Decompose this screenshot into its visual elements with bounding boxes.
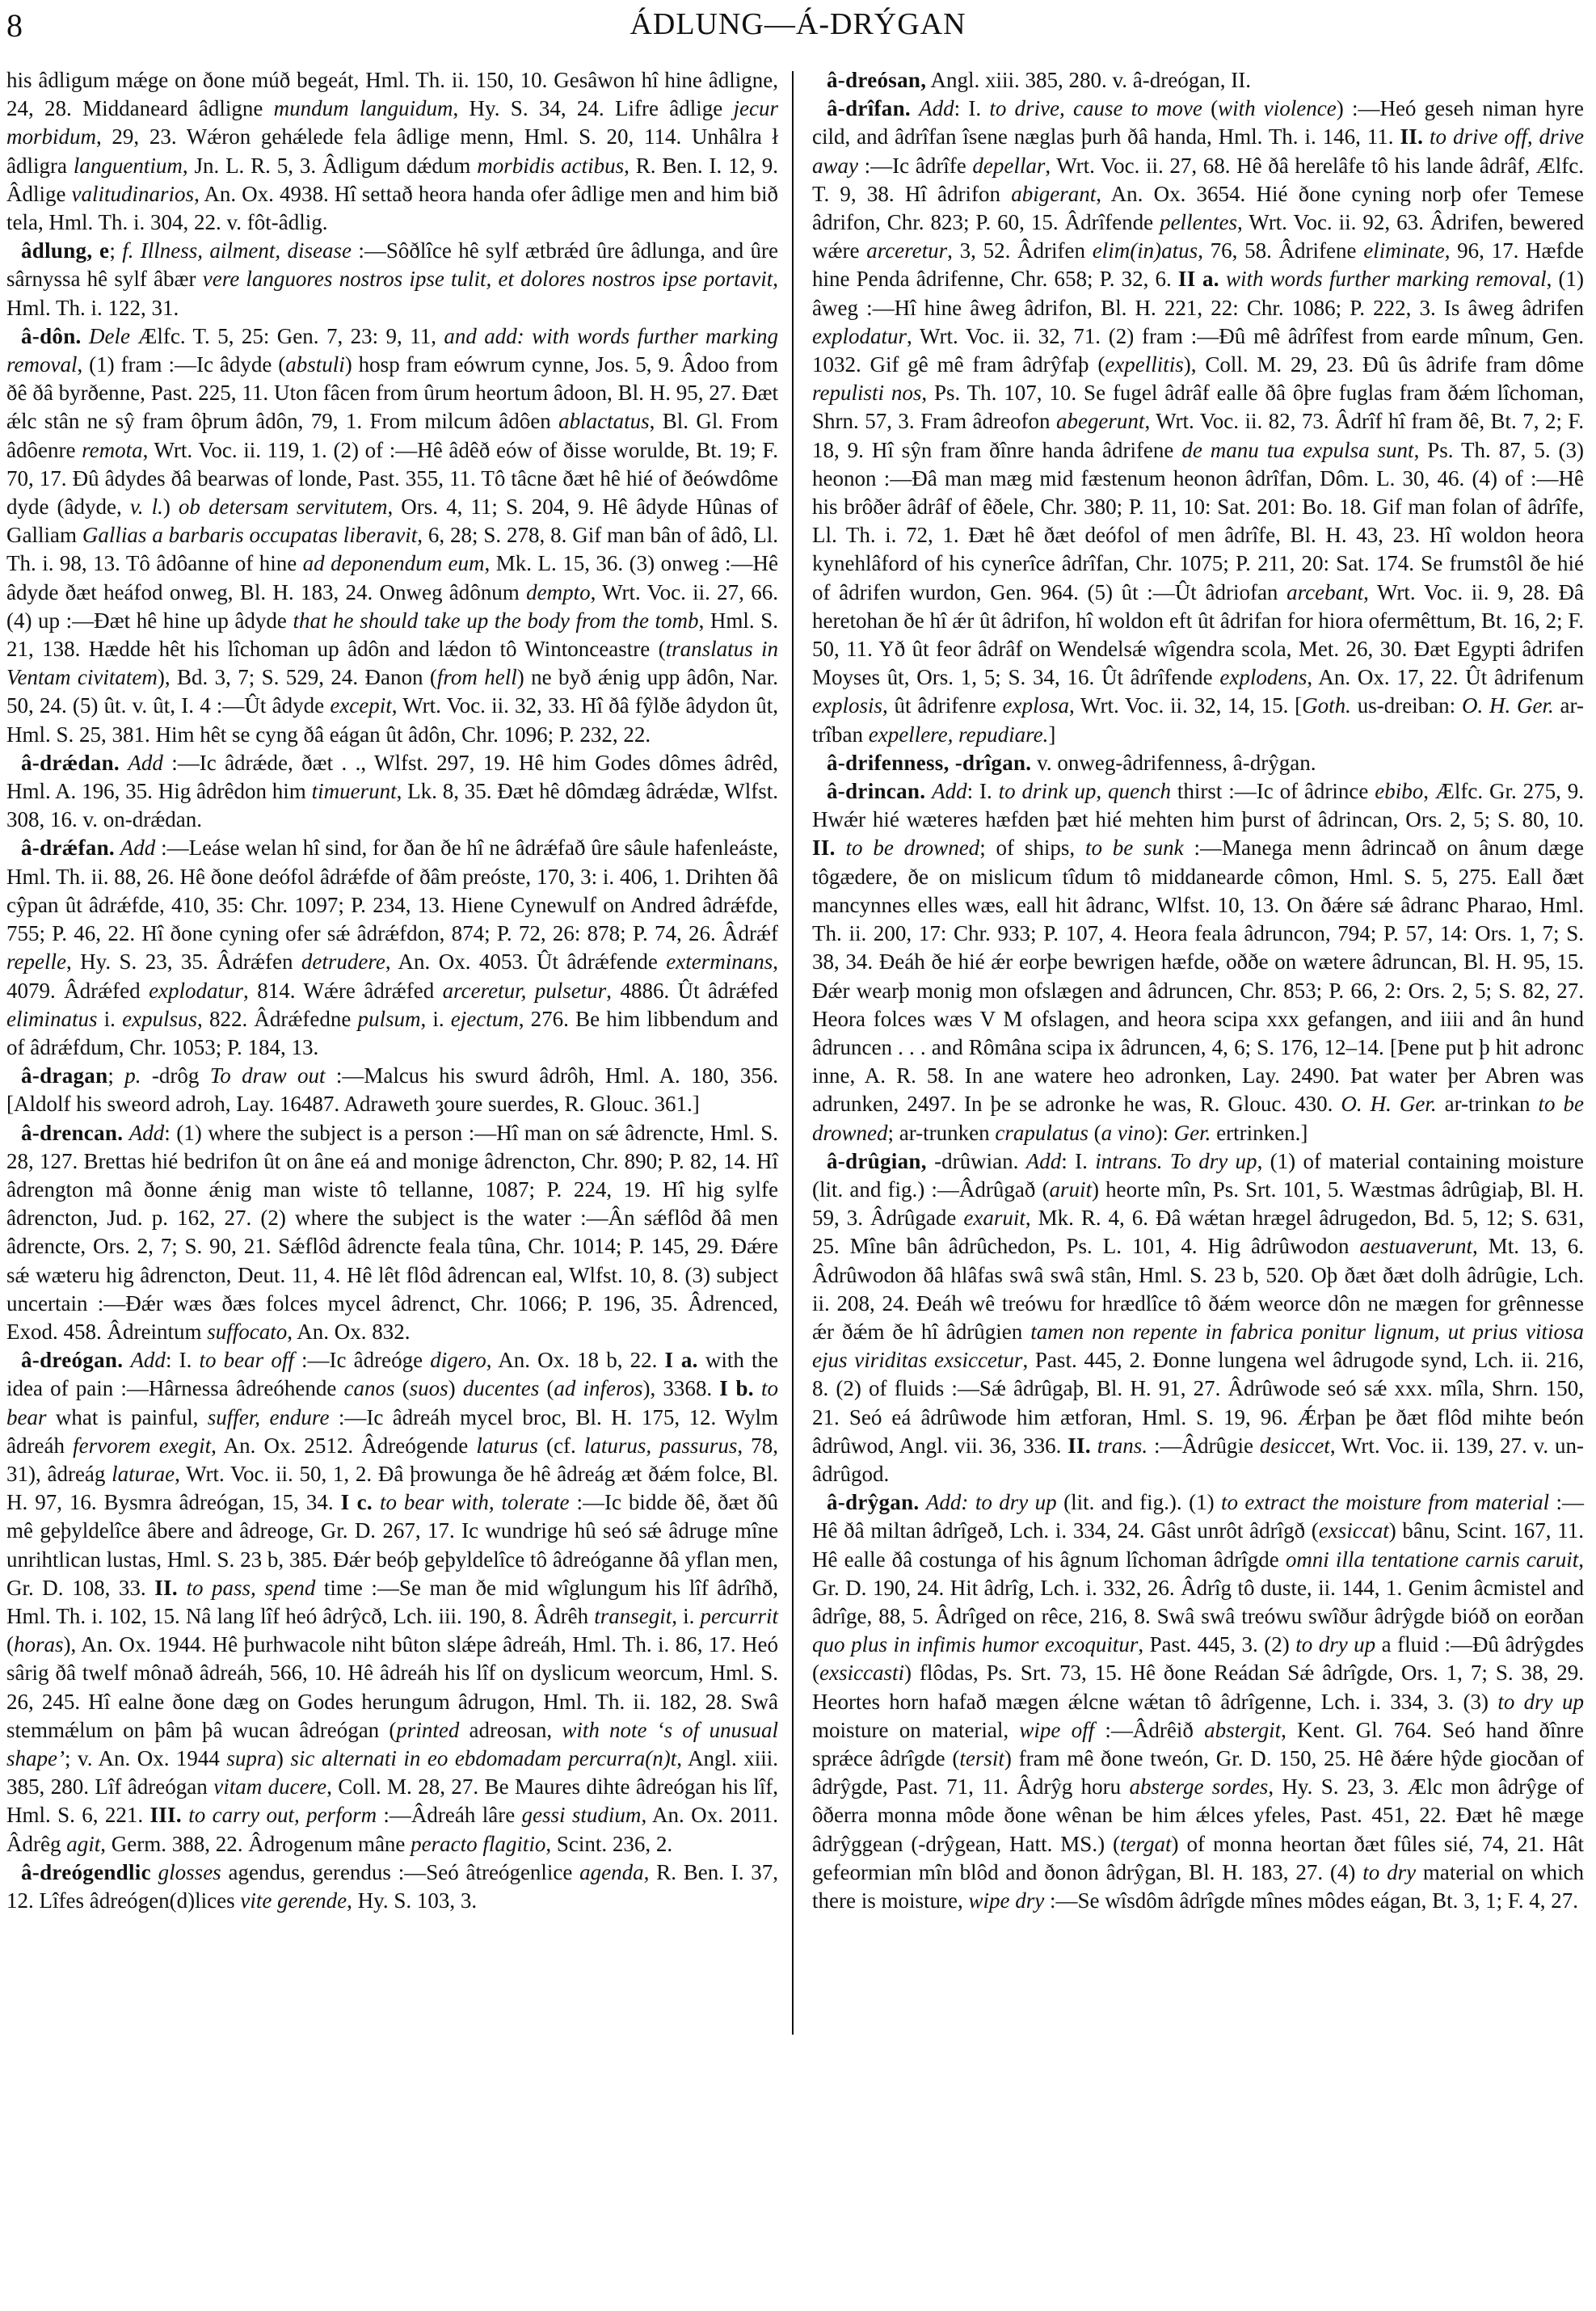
italic-gloss: absterge sordes [1129, 1774, 1268, 1799]
headword: â-drencan. [21, 1121, 123, 1145]
italic-gloss: crapulatus [995, 1121, 1089, 1145]
italic-gloss: repelle [6, 949, 66, 974]
headword: III. [149, 1803, 181, 1827]
entry-text: , Germ. 388, 22. Âdrogenum mâne [100, 1832, 411, 1856]
entry-text: ; [107, 1063, 124, 1088]
entry-text: Ælfc. T. 5, 25: Gen. 7, 23: 9, 11, [130, 324, 444, 348]
italic-gloss: remota [82, 438, 143, 462]
entry-text: ( [1202, 96, 1218, 120]
italic-gloss: to pass, spend [186, 1576, 315, 1600]
italic-gloss: eliminatus [6, 1007, 98, 1031]
italic-gloss: wipe off [1019, 1718, 1094, 1742]
italic-gloss: Add [120, 836, 156, 860]
dictionary-entry-a-drugian: â-drûgian, -drûwian. Add: I. intrans. To… [812, 1147, 1584, 1488]
dictionary-entry-adlung: âdlung, e; f. Illness, ailment, disease … [6, 237, 778, 322]
entry-text: , (1) fram :—Ic âdyde ( [77, 352, 285, 377]
italic-gloss: aestuaverunt [1359, 1234, 1472, 1258]
italic-gloss: arceretur, pulsetur [443, 979, 607, 1003]
italic-gloss: O. H. Ger. [1341, 1092, 1436, 1116]
entry-text: (lit. and fig.). (1) [1057, 1490, 1221, 1514]
italic-gloss: agenda [579, 1860, 643, 1884]
entry-text: i. [98, 1007, 123, 1031]
italic-gloss: that he should take up the body from the… [293, 608, 698, 633]
entry-text: :—Âdreáh lâre [377, 1803, 521, 1827]
entry-text [123, 1121, 129, 1145]
headword: â-dôn. [21, 324, 82, 348]
italic-gloss: elim(in)atus [1093, 238, 1198, 263]
entry-text: , Hy. S. 103, 3. [347, 1888, 477, 1913]
italic-gloss: gessi studium [522, 1803, 642, 1827]
italic-gloss: O. H. Ger. [1462, 693, 1554, 718]
entry-text: , 4886. Ût âdrǽfed [606, 979, 778, 1003]
entry-text [373, 1490, 380, 1514]
entry-text [82, 324, 89, 348]
italic-gloss: laturus, passurus [584, 1433, 737, 1458]
dictionary-entry-a-drifenness: â-drifenness, -drîgan. v. onweg-âdrifenn… [812, 749, 1584, 777]
entry-text: :—Âdrûgie [1148, 1433, 1260, 1458]
entry-text: , ût âdrifenre [882, 693, 1003, 718]
italic-gloss: laturae [112, 1462, 175, 1486]
headword: II. [812, 836, 836, 860]
entry-text: ( [6, 1632, 14, 1656]
italic-gloss: supra [226, 1746, 276, 1770]
entry-text [836, 836, 846, 860]
italic-gloss: horas [14, 1632, 64, 1656]
italic-gloss: morbidis actibus [477, 154, 624, 178]
entry-text [120, 751, 128, 775]
italic-gloss: pellentes [1160, 210, 1237, 234]
italic-gloss: trans. [1097, 1433, 1148, 1458]
italic-gloss: Add [129, 1121, 165, 1145]
entry-text: :—Ic âdrîfe [858, 154, 972, 178]
headword: â-drǽdan. [21, 751, 120, 775]
italic-gloss: ad deponendum eum [303, 551, 485, 575]
headword: II. [154, 1576, 178, 1600]
entry-text [925, 779, 932, 803]
entry-text [151, 1860, 158, 1884]
italic-gloss: with words further marking removal [1226, 267, 1547, 291]
entry-text: (cf. [538, 1433, 584, 1458]
entry-text [911, 96, 919, 120]
italic-gloss: ad inferos [554, 1376, 642, 1400]
dictionary-entry-a-dreogan: â-dreógan. Add: I. to bear off :—Ic âdre… [6, 1346, 778, 1858]
entry-text: , An. Ox. 18 b, 22. [486, 1348, 665, 1372]
dictionary-entry-a-drincan: â-drincan. Add: I. to drink up, quench t… [812, 777, 1584, 1147]
dictionary-entry-a-draedan: â-drǽdan. Add :—Ic âdrǽde, ðæt . ., Wlfs… [6, 749, 778, 835]
italic-gloss: ob detersam servitutem [179, 495, 388, 519]
italic-gloss: a vino [1101, 1121, 1156, 1145]
entry-text: ; v. An. Ox. 1944 [65, 1746, 226, 1770]
italic-gloss: to bear off [200, 1348, 294, 1372]
headword: â-drîfan. [827, 96, 911, 120]
entry-text: ; [109, 238, 122, 263]
italic-gloss: exterminans [666, 949, 773, 974]
headword: II a. [1178, 267, 1219, 291]
italic-gloss: printed [396, 1718, 459, 1742]
italic-gloss: suos [410, 1376, 448, 1400]
italic-gloss: suffocato [207, 1320, 287, 1344]
italic-gloss: Add: to dry up [926, 1490, 1057, 1514]
headword: â-drŷgan. [827, 1490, 919, 1514]
entry-text [1219, 267, 1226, 291]
italic-gloss: aruit [1050, 1177, 1093, 1202]
right-column: â-dreósan, Angl. xiii. 385, 280. v. â-dr… [812, 66, 1584, 1915]
italic-gloss: detrudere [301, 949, 385, 974]
italic-gloss: explodatur [812, 324, 907, 348]
entry-text: ) [448, 1376, 463, 1400]
italic-gloss: Gallias a barbaris occupatas liberavit [82, 523, 417, 547]
entry-text: , 814. Wǽre âdrǽfed [243, 979, 443, 1003]
italic-gloss: digero [430, 1348, 486, 1372]
dictionary-entry-a-drygan: â-drŷgan. Add: to dry up (lit. and fig.)… [812, 1488, 1584, 1915]
italic-gloss: percurrit [700, 1604, 778, 1628]
italic-gloss: laturus [476, 1433, 538, 1458]
entry-text: , Past. 445, 3. (2) [1138, 1632, 1295, 1656]
headword: â-dreógan. [21, 1348, 123, 1372]
headword: â-dreósan, [827, 68, 926, 92]
italic-gloss: explosa [1003, 693, 1069, 718]
italic-gloss: Add [128, 751, 163, 775]
entry-text: ; ar-trunken [888, 1121, 996, 1145]
entry-text: ) [276, 1746, 290, 1770]
italic-gloss: ablactatus [558, 409, 650, 433]
italic-gloss: suffer, endure [208, 1405, 330, 1429]
italic-gloss: tergat [1120, 1832, 1172, 1856]
italic-gloss: sic alternati in eo ebdomadam percurra(n… [290, 1746, 676, 1770]
entry-text: : (1) where the subject is a person :—Hî… [6, 1121, 778, 1344]
entry-text: us-dreiban: [1351, 693, 1462, 718]
entry-text [115, 836, 120, 860]
entry-text [1091, 1433, 1097, 1458]
column-divider [792, 71, 794, 2035]
entry-text: what is painful, [47, 1405, 208, 1429]
entry-text: , An. Ox. 832. [287, 1320, 410, 1344]
italic-gloss: Dele [89, 324, 130, 348]
italic-gloss: Goth. [1302, 693, 1351, 718]
italic-gloss: fervorem exegit [73, 1433, 211, 1458]
italic-gloss: abegerunt [1056, 409, 1144, 433]
entry-text: ertrinken.] [1211, 1121, 1308, 1145]
italic-gloss: to dry [1362, 1860, 1416, 1884]
entry-text: :—Âdrêið [1094, 1718, 1204, 1742]
dictionary-entry-a-dreogendlic: â-dreógendlic glosses agendus, gerendus … [6, 1858, 778, 1915]
headword: â-drûgian, [827, 1149, 927, 1173]
entry-text: ), 3368. [642, 1376, 719, 1400]
italic-gloss: arceretur [866, 238, 947, 263]
italic-gloss: abstergit [1204, 1718, 1281, 1742]
italic-gloss: desiccet [1260, 1433, 1330, 1458]
entry-text: :—Ic âdreóge [294, 1348, 430, 1372]
headword: â-drǽfan. [21, 836, 115, 860]
running-head: ÁDLUNG—Á-DRÝGAN [0, 6, 1596, 42]
italic-gloss: ejectum [451, 1007, 519, 1031]
italic-gloss: explodens [1219, 665, 1307, 689]
headword: â-dreógendlic [21, 1860, 151, 1884]
dictionary-entry-a-don: â-dôn. Dele Ælfc. T. 5, 25: Gen. 7, 23: … [6, 322, 778, 749]
italic-gloss: vere languores nostros ipse tulit, et do… [203, 267, 773, 291]
entry-text [919, 1490, 925, 1514]
italic-gloss: tersit [959, 1746, 1004, 1770]
entry-text: , An. Ox. 17, 22. Ût âdrifenum [1307, 665, 1584, 689]
italic-gloss: Add [130, 1348, 166, 1372]
italic-gloss: vite gerende [240, 1888, 347, 1913]
headword: I c. [341, 1490, 373, 1514]
entry-text: -drûwian. [927, 1149, 1026, 1173]
entry-text: , Jn. L. R. 5, 3. Âdligum dǽdum [183, 154, 477, 178]
italic-gloss: ducentes [463, 1376, 539, 1400]
entry-text: agendus, gerendus :—Seó âtreógenlice [221, 1860, 579, 1884]
dictionary-entry-a-drencan: â-drencan. Add: (1) where the subject is… [6, 1119, 778, 1347]
italic-gloss: with violence [1218, 96, 1337, 120]
italic-gloss: p. [124, 1063, 141, 1088]
italic-gloss: intrans. To dry up [1095, 1149, 1257, 1173]
entry-text: , 76, 58. Âdrifene [1198, 238, 1363, 263]
headword: I a. [665, 1348, 698, 1372]
italic-gloss: Add [919, 96, 954, 120]
italic-gloss: Add [1026, 1149, 1062, 1173]
italic-gloss: f. Illness, ailment, disease [122, 238, 352, 263]
italic-gloss: arcebant [1286, 580, 1363, 604]
italic-gloss: transegit [594, 1604, 672, 1628]
entry-text: :—Se wîsdôm âdrîgde mînes môdes eágan, B… [1044, 1888, 1578, 1913]
entry-text: , An. Ox. 4053. Ût âdrǽfende [385, 949, 666, 974]
italic-gloss: excepit [330, 693, 391, 718]
italic-gloss: to be drowned [846, 836, 980, 860]
left-column: his âdligum mǽge on ðone múð begeát, Hml… [6, 66, 778, 1915]
entry-text: ), Bd. 3, 7; S. 529, 24. Ðanon ( [158, 665, 437, 689]
entry-text: : I. [954, 96, 990, 120]
italic-gloss: abigerant [1011, 182, 1096, 206]
entry-text: , i. [672, 1604, 700, 1628]
entry-text: ; of ships, [979, 836, 1085, 860]
entry-text: thirst :—Ic of âdrince [1171, 779, 1375, 803]
headword: âdlung, e [21, 238, 109, 263]
italic-gloss: exsiccasti [819, 1661, 904, 1685]
italic-gloss: vitam ducere [213, 1774, 326, 1799]
dictionary-entry-adlig-cont: his âdligum mǽge on ðone múð begeát, Hml… [6, 66, 778, 237]
italic-gloss: depellar [972, 154, 1045, 178]
italic-gloss: explosis [812, 693, 882, 718]
italic-gloss: to drink up, quench [999, 779, 1171, 803]
italic-gloss: expellitis [1105, 352, 1183, 377]
italic-gloss: exsiccat [1319, 1518, 1389, 1543]
italic-gloss: ebibo [1375, 779, 1423, 803]
dictionary-entry-a-dragan: â-dragan; p. -drôg To draw out :—Malcus … [6, 1062, 778, 1118]
headword: II. [1068, 1433, 1091, 1458]
entry-text: ( [394, 1376, 409, 1400]
italic-gloss: quo plus in infimis humor excoquitur [812, 1632, 1138, 1656]
entry-text: , 3, 52. Âdrifen [947, 238, 1093, 263]
italic-gloss: to extract the moisture from material [1221, 1490, 1549, 1514]
italic-gloss: to carry out, perform [188, 1803, 377, 1827]
italic-gloss: languentium [74, 154, 183, 178]
italic-gloss: abstuli [285, 352, 345, 377]
italic-gloss: de manu tua expulsa sunt [1181, 438, 1413, 462]
entry-text: : I. [166, 1348, 200, 1372]
italic-gloss: Add [932, 779, 967, 803]
dictionary-entry-a-draefan: â-drǽfan. Add :—Leáse welan hî sind, for… [6, 834, 778, 1062]
italic-gloss: to dry up [1497, 1690, 1584, 1714]
italic-gloss: to drive, cause to move [989, 96, 1202, 120]
italic-gloss: peracto flagitio [411, 1832, 545, 1856]
entry-text: , Hy. S. 34, 24. Lifre âdlige [453, 96, 733, 120]
entry-text: ), Coll. M. 29, 23. Ðû ûs âdrife fram dô… [1184, 352, 1584, 377]
entry-text: ar-trinkan [1437, 1092, 1539, 1116]
italic-gloss: valitudinarios [72, 182, 195, 206]
entry-text: moisture on material, [812, 1718, 1019, 1742]
entry-text: , Scint. 236, 2. [545, 1832, 672, 1856]
entry-text: ( [539, 1376, 554, 1400]
entry-text: v. onweg-âdrifenness, â-drŷgan. [1031, 751, 1316, 775]
headword: â-drincan. [827, 779, 925, 803]
italic-gloss: omni illa tentatione carnis caruit [1286, 1547, 1578, 1572]
italic-gloss: from hell [437, 665, 517, 689]
italic-gloss: to dry up [1295, 1632, 1375, 1656]
entry-text [178, 1576, 187, 1600]
italic-gloss: to bear with, tolerate [380, 1490, 570, 1514]
italic-gloss: v. l. [130, 495, 163, 519]
headword: I b. [719, 1376, 754, 1400]
entry-text: ) flôdas, Ps. Srt. 73, 15. Hê ðone Reáda… [812, 1661, 1584, 1713]
italic-gloss: explodatur [149, 979, 243, 1003]
entry-text: Angl. xiii. 385, 280. v. â-dreógan, II. [926, 68, 1251, 92]
entry-text: , An. Ox. 2512. Âdreógende [211, 1433, 476, 1458]
entry-text: -drôg [141, 1063, 210, 1088]
italic-gloss: expellere, repudiare. [869, 722, 1049, 747]
entry-text: : I. [1061, 1149, 1095, 1173]
entry-text: ): [1155, 1121, 1173, 1145]
entry-text [754, 1376, 761, 1400]
italic-gloss: eliminate [1363, 238, 1444, 263]
italic-gloss: dempto [526, 580, 590, 604]
italic-gloss: glosses [158, 1860, 221, 1884]
italic-gloss: pulsum [357, 1007, 420, 1031]
headword: â-drifenness, -drîgan. [827, 751, 1031, 775]
italic-gloss: exaruit [963, 1206, 1025, 1230]
italic-gloss: mundum languidum [274, 96, 453, 120]
entry-text: : I. [967, 779, 999, 803]
italic-gloss: repulisti nos [812, 381, 921, 405]
italic-gloss: Ger. [1174, 1121, 1211, 1145]
entry-text: ] [1048, 722, 1055, 747]
page-header: 8 ÁDLUNG—Á-DRÝGAN [0, 5, 1596, 45]
italic-gloss: agit [66, 1832, 100, 1856]
italic-gloss: wipe dry [968, 1888, 1044, 1913]
headword: â-dragan [21, 1063, 107, 1088]
entry-text: , Wrt. Voc. ii. 32, 14, 15. [ [1069, 693, 1302, 718]
entry-text: , i. [420, 1007, 450, 1031]
dictionary-entry-a-dreosan: â-dreósan, Angl. xiii. 385, 280. v. â-dr… [812, 66, 1584, 95]
entry-text: adreosan, [459, 1718, 562, 1742]
entry-text [1423, 124, 1430, 149]
italic-gloss: to be sunk [1085, 836, 1184, 860]
italic-gloss: To draw out [210, 1063, 326, 1088]
entry-text: ( [1089, 1121, 1101, 1145]
entry-text: :—Manega menn âdrincað on ânum dæge tôgæ… [812, 836, 1584, 1116]
entry-text: ) [163, 495, 179, 519]
entry-text: , Hy. S. 23, 35. Âdrǽfen [66, 949, 301, 974]
italic-gloss: canos [343, 1376, 394, 1400]
italic-gloss: timuerunt [312, 779, 397, 803]
italic-gloss: expulsus [122, 1007, 197, 1031]
dictionary-entry-a-drifan: â-drîfan. Add: I. to drive, cause to mov… [812, 95, 1584, 749]
headword: II. [1400, 124, 1423, 149]
entry-text: , 822. Âdrǽfedne [197, 1007, 357, 1031]
